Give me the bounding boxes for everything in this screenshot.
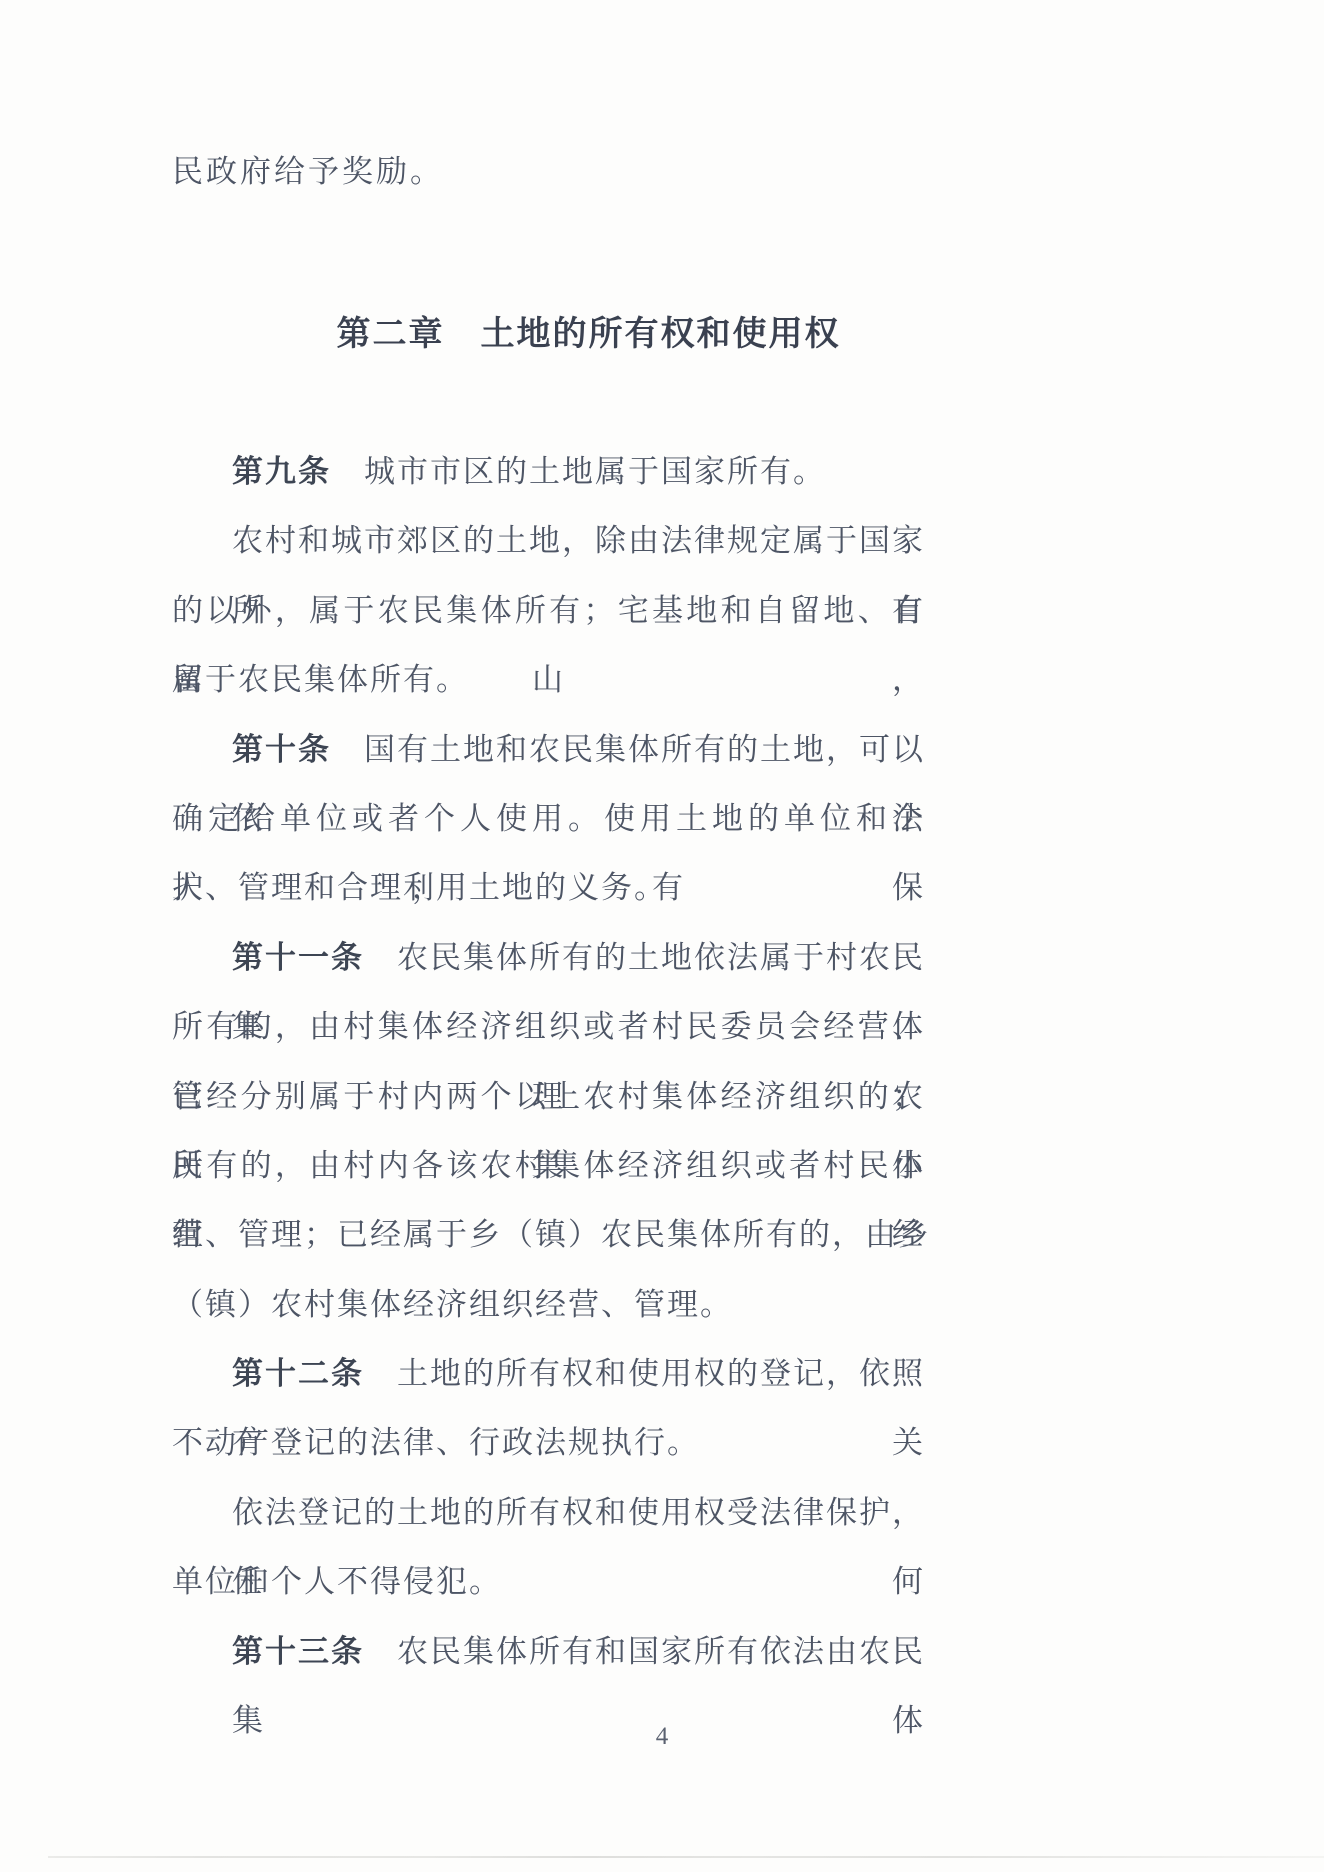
chapter-heading: 第二章 土地的所有权和使用权 (212, 299, 965, 369)
scan-artifact-line (48, 1856, 1324, 1858)
text-line: 营、管理；已经属于乡（镇）农民集体所有的，由乡 (172, 1200, 925, 1269)
line-text: 营、管理；已经属于乡（镇）农民集体所有的，由乡 (172, 1217, 931, 1252)
text-line: （镇）农村集体经济组织经营、管理。 (172, 1270, 925, 1339)
text-line: 第十二条 土地的所有权和使用权的登记，依照有关 (172, 1339, 925, 1408)
text-line: 农村和城市郊区的土地，除由法律规定属于国家所有 (172, 506, 925, 575)
text-line: 已经分别属于村内两个以上农村集体经济组织的农民集体 (172, 1062, 925, 1131)
text-line: 的以外，属于农民集体所有；宅基地和自留地、自留山， (172, 576, 925, 645)
page-number: 4 (0, 1712, 1324, 1762)
text-line: 第九条 城市市区的土地属于国家所有。 (172, 437, 925, 506)
article-number: 第十三条 (232, 1634, 364, 1669)
text-line: 第十条 国有土地和农民集体所有的土地，可以依法 (172, 715, 925, 784)
text-line: 第十一条 农民集体所有的土地依法属于村农民集体 (172, 923, 925, 992)
line-text: （镇）农村集体经济组织经营、管理。 (172, 1287, 733, 1322)
line-text: 单位和个人不得侵犯。 (172, 1564, 502, 1599)
text-line: 依法登记的土地的所有权和使用权受法律保护，任何 (172, 1478, 925, 1547)
line-text: 护、管理和合理利用土地的义务。 (172, 870, 667, 905)
article-text-block: 第九条 城市市区的土地属于国家所有。农村和城市郊区的土地，除由法律规定属于国家所… (172, 437, 925, 1686)
article-number: 第十一条 (232, 940, 364, 975)
paragraph-continuation-line: 民政府给予奖励。 (172, 137, 925, 207)
article-number: 第十条 (232, 732, 331, 767)
article-number: 第十二条 (232, 1356, 364, 1391)
text-line: 所有的，由村集体经济组织或者村民委员会经营、管理； (172, 992, 925, 1061)
text-line: 所有的，由村内各该农村集体经济组织或者村民小组经 (172, 1131, 925, 1200)
line-text: 属于农民集体所有。 (172, 662, 469, 697)
text-line: 第十三条 农民集体所有和国家所有依法由农民集体 (172, 1617, 925, 1686)
line-text: 城市市区的土地属于国家所有。 (331, 454, 826, 489)
text-line: 确定给单位或者个人使用。使用土地的单位和个人，有保 (172, 784, 925, 853)
line-text: 不动产登记的法律、行政法规执行。 (172, 1425, 700, 1460)
article-number: 第九条 (232, 454, 331, 489)
scanned-document-page: 民政府给予奖励。 第二章 土地的所有权和使用权 第九条 城市市区的土地属于国家所… (0, 0, 1324, 1872)
